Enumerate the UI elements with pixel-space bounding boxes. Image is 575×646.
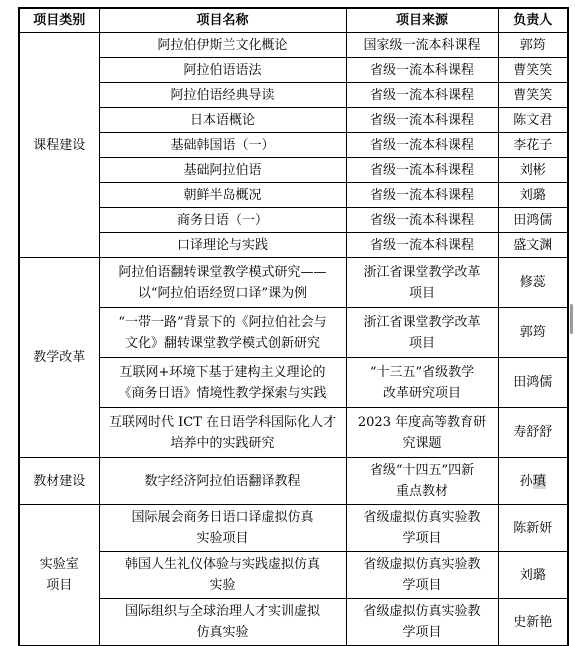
project-name-cell: 口译理论与实践 (99, 233, 346, 258)
project-source-cell: 省级虚拟仿真实验教 学项目 (346, 552, 498, 599)
person-cell: 田鸿儒 (498, 358, 568, 408)
project-source-cell: 省级“十四五”四新 重点教材 (346, 458, 498, 505)
person-cell: 孙瑱 (498, 458, 568, 505)
header-project-name: 项目名称 (99, 8, 346, 33)
project-source-cell: 省级一流本科课程 (346, 108, 498, 133)
category-cell: 教材建设 (19, 458, 99, 505)
header-category: 项目类别 (19, 8, 99, 33)
table-row: 互联网时代 ICT 在日语学科国际化人才 培养中的实践研究2023 年度高等教育… (19, 408, 568, 458)
project-source-cell: 省级一流本科课程 (346, 208, 498, 233)
project-name-cell: 阿拉伯语语法 (99, 58, 346, 83)
header-person: 负责人 (498, 8, 568, 33)
scrollbar-thumb[interactable] (570, 304, 573, 334)
highlighted-char: 瑱 (533, 474, 546, 489)
table-row: 韩国人生礼仪体验与实践虚拟仿真 实验省级虚拟仿真实验教 学项目刘璐 (19, 552, 568, 599)
table-row: 日本语概论省级一流本科课程陈文君 (19, 108, 568, 133)
project-name-cell: 互联网+环境下基于建构主义理论的 《商务日语》情境性教学探索与实践 (99, 358, 346, 408)
project-name-cell: 阿拉伯语翻转课堂教学模式研究—— 以“阿拉伯语经贸口译”课为例 (99, 258, 346, 308)
category-cell: 实验室 项目 (19, 505, 99, 646)
project-source-cell: 省级一流本科课程 (346, 133, 498, 158)
project-name-cell: 互联网时代 ICT 在日语学科国际化人才 培养中的实践研究 (99, 408, 346, 458)
table-row: 互联网+环境下基于建构主义理论的 《商务日语》情境性教学探索与实践“十三五”省级… (19, 358, 568, 408)
person-cell: 寿舒舒 (498, 408, 568, 458)
table-row: 基础阿拉伯语省级一流本科课程刘彬 (19, 158, 568, 183)
project-source-cell: 浙江省课堂教学改革 项目 (346, 258, 498, 308)
category-cell: 教学改革 (19, 258, 99, 458)
table-row: 课程建设阿拉伯伊斯兰文化概论国家级一流本科课程郭筠 (19, 33, 568, 58)
person-cell: 盛文渊 (498, 233, 568, 258)
project-source-cell: 省级虚拟仿真实验教 学项目 (346, 599, 498, 646)
document-page: 项目类别 项目名称 项目来源 负责人 课程建设阿拉伯伊斯兰文化概论国家级一流本科… (0, 0, 575, 646)
project-source-cell: 省级一流本科课程 (346, 58, 498, 83)
project-name-cell: “一带一路”背景下的《阿拉伯社会与 文化》翻转课堂教学模式创新研究 (99, 308, 346, 358)
person-cell: 田鸿儒 (498, 208, 568, 233)
person-cell: 刘璐 (498, 552, 568, 599)
project-source-cell: 省级一流本科课程 (346, 158, 498, 183)
project-name-cell: 韩国人生礼仪体验与实践虚拟仿真 实验 (99, 552, 346, 599)
table-body: 课程建设阿拉伯伊斯兰文化概论国家级一流本科课程郭筠阿拉伯语语法省级一流本科课程曹… (19, 33, 568, 646)
table-row: 口译理论与实践省级一流本科课程盛文渊 (19, 233, 568, 258)
project-name-cell: 基础阿拉伯语 (99, 158, 346, 183)
project-source-cell: “十三五”省级教学 改革研究项目 (346, 358, 498, 408)
table-row: 实验室 项目国际展会商务日语口译虚拟仿真 实验项目省级虚拟仿真实验教 学项目陈新… (19, 505, 568, 552)
person-cell: 郭筠 (498, 308, 568, 358)
table-row: “一带一路”背景下的《阿拉伯社会与 文化》翻转课堂教学模式创新研究浙江省课堂教学… (19, 308, 568, 358)
project-source-cell: 浙江省课堂教学改革 项目 (346, 308, 498, 358)
person-cell: 李花子 (498, 133, 568, 158)
table-row: 国际组织与全球治理人才实训虚拟 仿真实验省级虚拟仿真实验教 学项目史新艳 (19, 599, 568, 646)
project-name-cell: 朝鲜半岛概况 (99, 183, 346, 208)
person-cell: 陈文君 (498, 108, 568, 133)
table-row: 朝鲜半岛概况省级一流本科课程刘璐 (19, 183, 568, 208)
project-table: 项目类别 项目名称 项目来源 负责人 课程建设阿拉伯伊斯兰文化概论国家级一流本科… (18, 7, 569, 646)
person-cell: 郭筠 (498, 33, 568, 58)
person-name-text: 孙 (520, 474, 533, 489)
project-name-cell: 国际展会商务日语口译虚拟仿真 实验项目 (99, 505, 346, 552)
header-project-source: 项目来源 (346, 8, 498, 33)
person-cell: 曹笑笑 (498, 58, 568, 83)
project-source-cell: 省级一流本科课程 (346, 83, 498, 108)
category-cell: 课程建设 (19, 33, 99, 258)
table-row: 基础韩国语（一）省级一流本科课程李花子 (19, 133, 568, 158)
table-row: 阿拉伯语语法省级一流本科课程曹笑笑 (19, 58, 568, 83)
project-name-cell: 国际组织与全球治理人才实训虚拟 仿真实验 (99, 599, 346, 646)
project-name-cell: 日本语概论 (99, 108, 346, 133)
header-row: 项目类别 项目名称 项目来源 负责人 (19, 8, 568, 33)
table-row: 商务日语（一）省级一流本科课程田鸿儒 (19, 208, 568, 233)
project-name-cell: 阿拉伯语经典导读 (99, 83, 346, 108)
project-name-cell: 数字经济阿拉伯语翻译教程 (99, 458, 346, 505)
table-row: 阿拉伯语经典导读省级一流本科课程曹笑笑 (19, 83, 568, 108)
project-name-cell: 基础韩国语（一） (99, 133, 346, 158)
person-cell: 刘璐 (498, 183, 568, 208)
person-cell: 修蕊 (498, 258, 568, 308)
project-name-cell: 阿拉伯伊斯兰文化概论 (99, 33, 346, 58)
project-source-cell: 省级虚拟仿真实验教 学项目 (346, 505, 498, 552)
person-cell: 史新艳 (498, 599, 568, 646)
person-cell: 刘彬 (498, 158, 568, 183)
project-name-cell: 商务日语（一） (99, 208, 346, 233)
person-cell: 曹笑笑 (498, 83, 568, 108)
project-source-cell: 国家级一流本科课程 (346, 33, 498, 58)
project-source-cell: 2023 年度高等教育研 究课题 (346, 408, 498, 458)
table-row: 教材建设数字经济阿拉伯语翻译教程省级“十四五”四新 重点教材孙瑱 (19, 458, 568, 505)
project-source-cell: 省级一流本科课程 (346, 183, 498, 208)
person-cell: 陈新妍 (498, 505, 568, 552)
project-source-cell: 省级一流本科课程 (346, 233, 498, 258)
table-row: 教学改革阿拉伯语翻转课堂教学模式研究—— 以“阿拉伯语经贸口译”课为例浙江省课堂… (19, 258, 568, 308)
